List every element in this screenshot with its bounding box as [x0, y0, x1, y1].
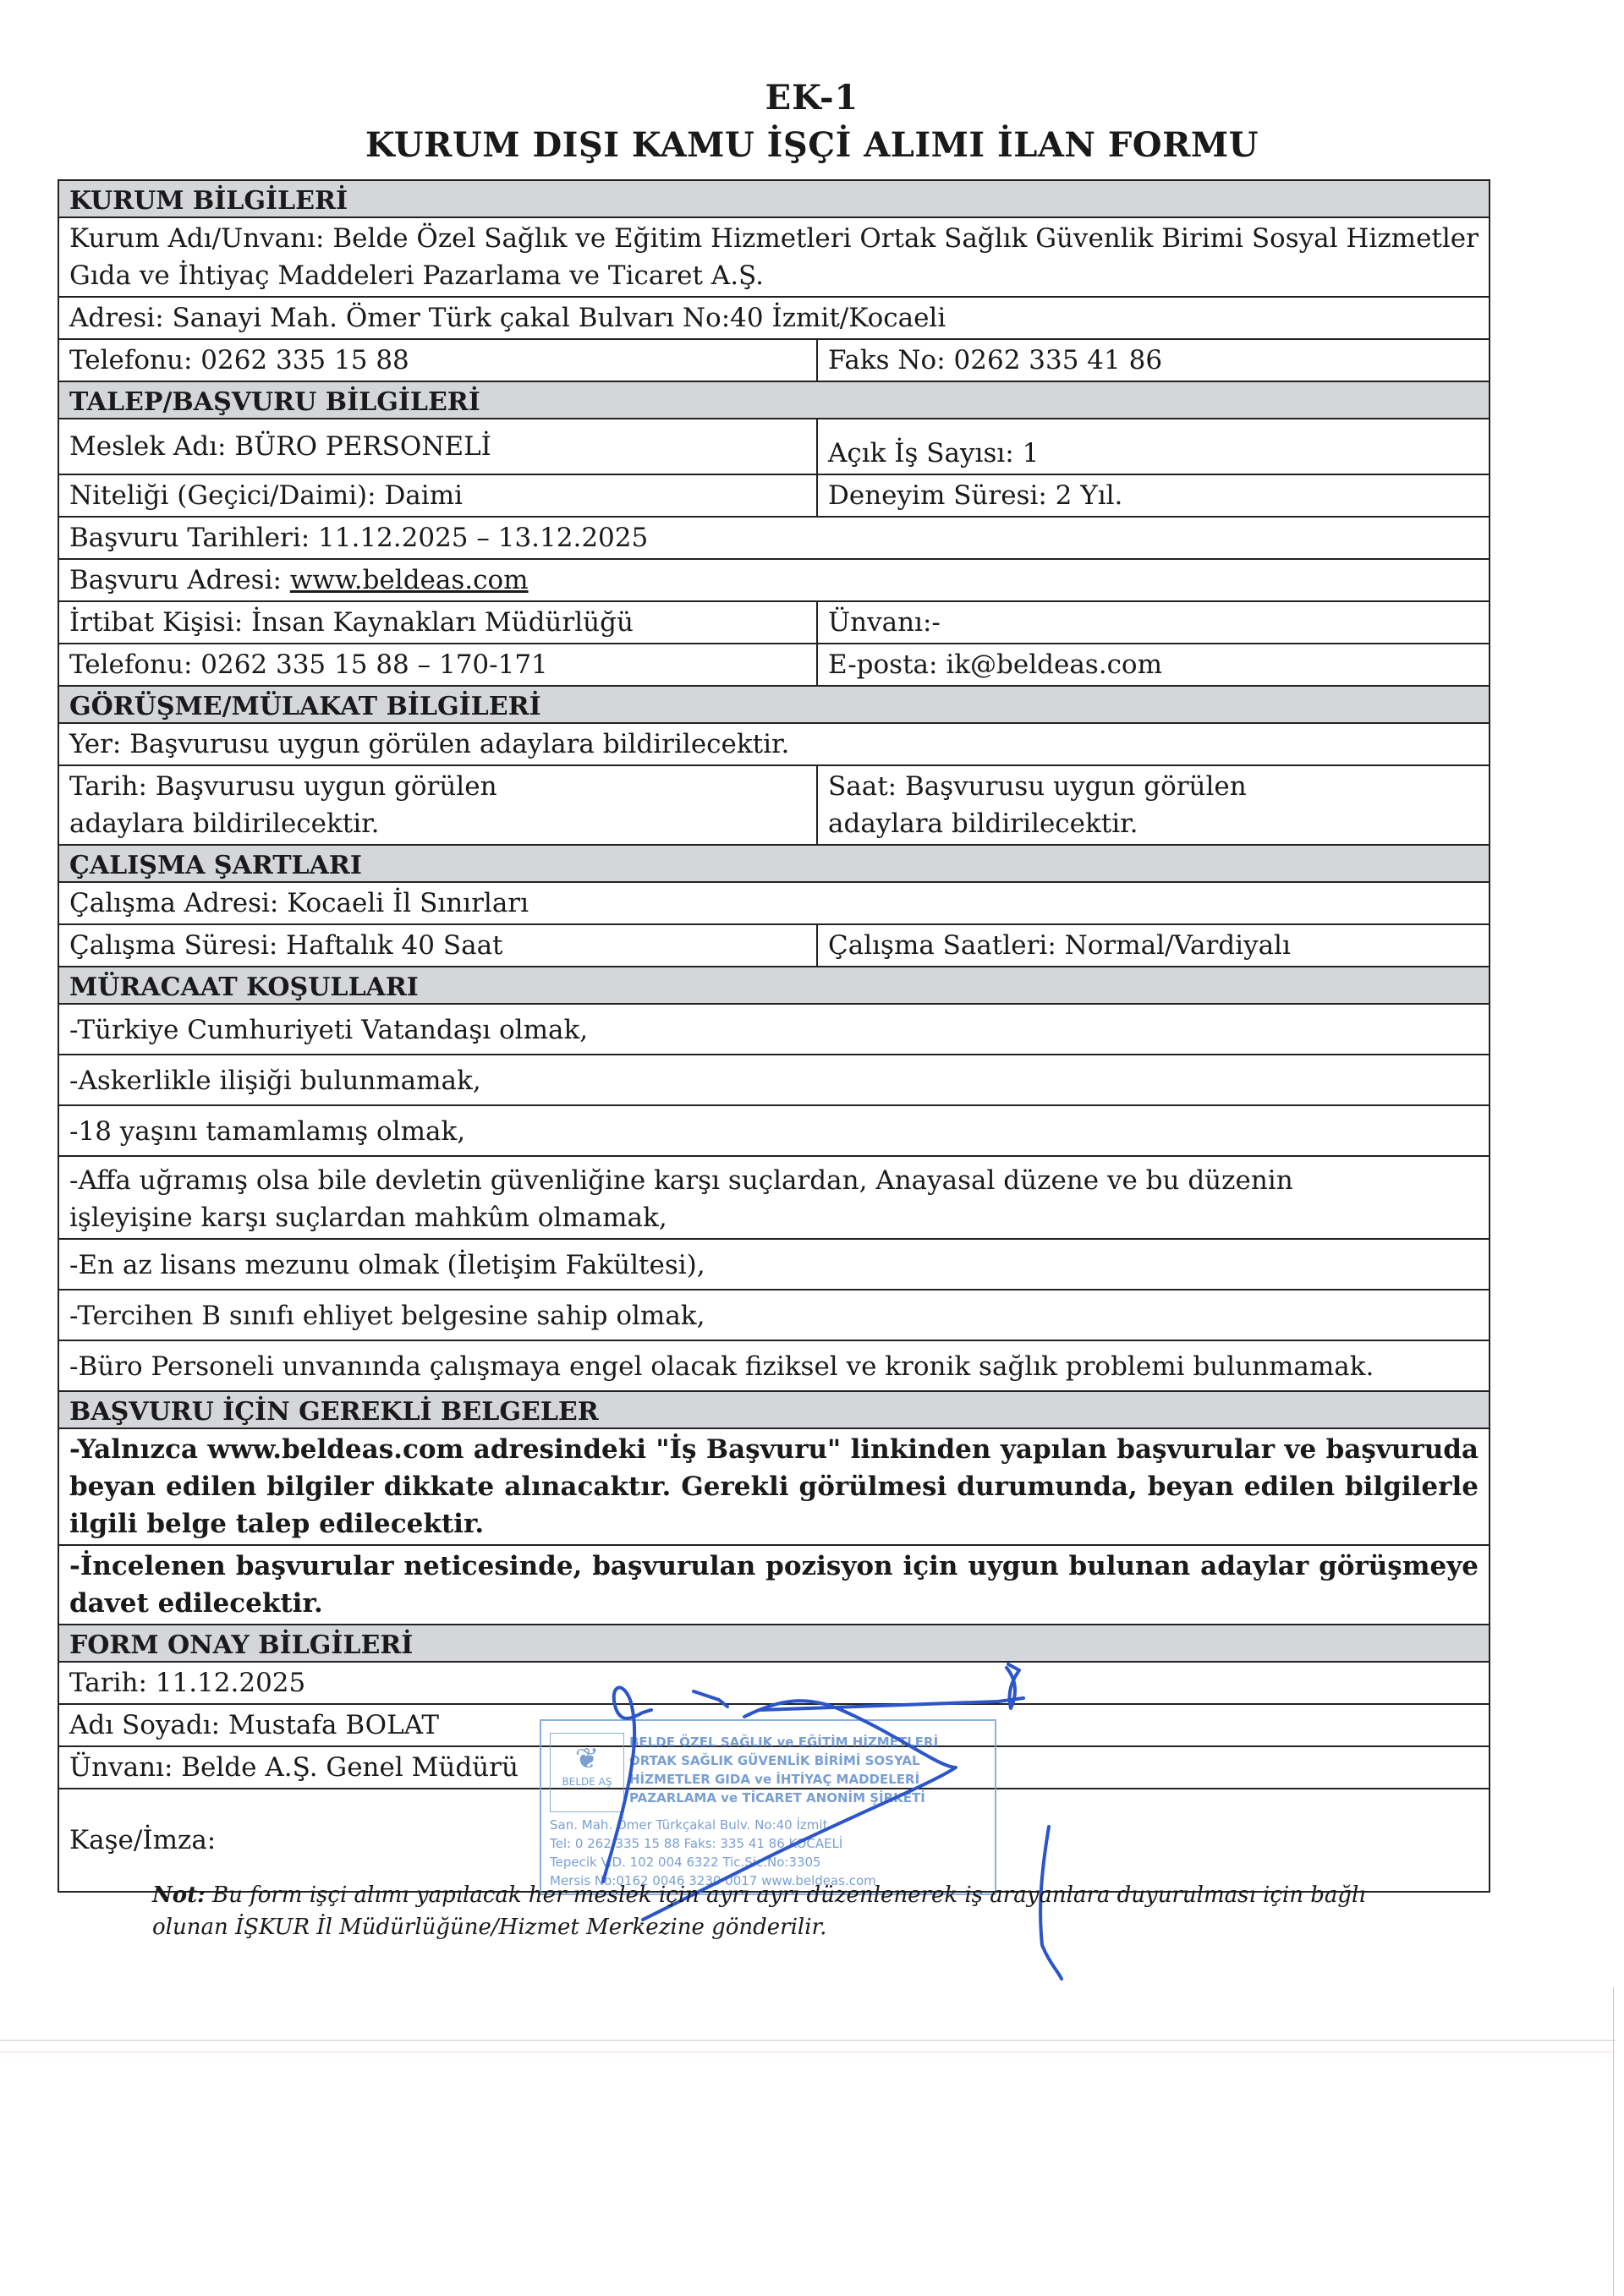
job-posting-form: KURUM BİLGİLERİ Kurum Adı/Unvanı: Belde … [58, 179, 1490, 1893]
scanned-form-page: EK-1 KURUM DIŞI KAMU İŞÇİ ALIMI İLAN FOR… [0, 0, 1624, 2296]
contact-person-row: İrtibat Kişisi: İnsan Kaynakları Müdürlü… [59, 602, 1489, 644]
scan-artifact-line [0, 2052, 1616, 2052]
work-address: Çalışma Adresi: Kocaeli İl Sınırları [59, 883, 1489, 923]
institution-address-row: Adresi: Sanayi Mah. Ömer Türk çakal Bulv… [59, 298, 1489, 340]
document-item: -Yalnızca www.beldeas.com adresindeki "İ… [59, 1429, 1489, 1546]
interview-place: Yer: Başvurusu uygun görülen adaylara bi… [59, 724, 1489, 764]
application-dates-row: Başvuru Tarihleri: 11.12.2025 – 13.12.20… [59, 518, 1489, 560]
institution-phone: Telefonu: 0262 335 15 88 [59, 340, 818, 381]
page-title: KURUM DIŞI KAMU İŞÇİ ALIMI İLAN FORMU [0, 125, 1624, 165]
approval-date-row: Tarih: 11.12.2025 [59, 1663, 1489, 1705]
section-header-work-conditions: ÇALIŞMA ŞARTLARI [59, 846, 1489, 883]
section-header-application: TALEP/BAŞVURU BİLGİLERİ [59, 382, 1489, 419]
stamp-line: PAZARLAMA ve TİCARET ANONİM ŞİRKETİ [629, 1789, 986, 1807]
stamp-line: HİZMETLER GIDA ve İHTİYAÇ MADDELERİ [629, 1770, 986, 1789]
experience-duration: Deneyim Süresi: 2 Yıl. [818, 475, 1489, 516]
requirement-item: -En az lisans mezunu olmak (İletişim Fak… [59, 1240, 1489, 1290]
stamp-line: ORTAK SAĞLIK GÜVENLİK BİRİMİ SOSYAL [629, 1751, 986, 1770]
work-hours-row: Çalışma Süresi: Haftalık 40 Saat Çalışma… [59, 925, 1489, 967]
scan-artifact-line [1613, 1987, 1614, 2296]
contact-title: Ünvanı:- [818, 602, 1489, 643]
requirement-text: -Büro Personeli unvanında çalışmaya enge… [59, 1341, 1489, 1390]
institution-name: Kurum Adı/Unvanı: Belde Özel Sağlık ve E… [59, 218, 1489, 296]
contact-email: E-posta: ik@beldeas.com [818, 644, 1489, 685]
nature-row: Niteliği (Geçici/Daimi): Daimi Deneyim S… [59, 475, 1489, 518]
stamp-line: Tel: 0 262 335 15 88 Faks: 335 41 86 KOC… [550, 1834, 986, 1853]
company-stamp: ❦ BELDE AŞ BELDE ÖZEL SAĞLIK ve EĞİTİM H… [540, 1719, 996, 1895]
work-hours: Çalışma Saatleri: Normal/Vardiyalı [818, 925, 1489, 966]
contact-phone: Telefonu: 0262 335 15 88 – 170-171 [59, 644, 818, 685]
section-header-interview: GÖRÜŞME/MÜLAKAT BİLGİLERİ [59, 687, 1489, 724]
application-address-row: Başvuru Adresi: www.beldeas.com [59, 560, 1489, 602]
footer-note: Not: Bu form işçi alımı yapılacak her me… [152, 1879, 1404, 1943]
work-duration: Çalışma Süresi: Haftalık 40 Saat [59, 925, 818, 966]
stamp-company-name: BELDE ÖZEL SAĞLIK ve EĞİTİM HİZMETLERİ O… [629, 1733, 986, 1807]
institution-fax: Faks No: 0262 335 41 86 [818, 340, 1489, 381]
requirement-text: -18 yaşını tamamlamış olmak, [59, 1106, 1489, 1155]
stamp-line: BELDE ÖZEL SAĞLIK ve EĞİTİM HİZMETLERİ [629, 1733, 986, 1751]
section-header-institution: KURUM BİLGİLERİ [59, 181, 1489, 218]
application-dates: Başvuru Tarihleri: 11.12.2025 – 13.12.20… [59, 518, 1489, 558]
institution-name-row: Kurum Adı/Unvanı: Belde Özel Sağlık ve E… [59, 218, 1489, 298]
stamp-line: San. Mah. Ömer Türkçakal Bulv. No:40 İzm… [550, 1816, 986, 1834]
stamp-line: Tepecik V.D. 102 004 6322 Tic.Sic.No:330… [550, 1853, 986, 1871]
open-positions: Açık İş Sayısı: 1 [818, 419, 1489, 474]
occupation-name: Meslek Adı: BÜRO PERSONELİ [59, 419, 818, 474]
requirement-item: -Tercihen B sınıfı ehliyet belgesine sah… [59, 1290, 1489, 1341]
requirement-text: -Askerlikle ilişiği bulunmamak, [59, 1055, 1489, 1104]
document-item: -İncelenen başvurular neticesinde, başvu… [59, 1546, 1489, 1625]
requirement-item: -Büro Personeli unvanında çalışmaya enge… [59, 1341, 1489, 1392]
requirement-item: -18 yaşını tamamlamış olmak, [59, 1106, 1489, 1157]
interview-time-row: Tarih: Başvurusu uygun görülen adaylara … [59, 766, 1489, 846]
institution-address: Adresi: Sanayi Mah. Ömer Türk çakal Bulv… [59, 298, 1489, 338]
requirement-item: -Affa uğramış olsa bile devletin güvenli… [59, 1157, 1489, 1240]
interview-date: Tarih: Başvurusu uygun görülen adaylara … [59, 766, 818, 844]
requirement-text: -Türkiye Cumhuriyeti Vatandaşı olmak, [59, 1005, 1489, 1054]
application-address: Başvuru Adresi: www.beldeas.com [59, 560, 1489, 600]
company-logo-icon: ❦ BELDE AŞ [550, 1733, 624, 1812]
document-text: -İncelenen başvurular neticesinde, başvu… [59, 1546, 1489, 1624]
requirement-item: -Türkiye Cumhuriyeti Vatandaşı olmak, [59, 1005, 1489, 1055]
contact-details-row: Telefonu: 0262 335 15 88 – 170-171 E-pos… [59, 644, 1489, 687]
requirement-text: -Tercihen B sınıfı ehliyet belgesine sah… [59, 1290, 1489, 1340]
interview-time: Saat: Başvurusu uygun görülen adaylara b… [818, 766, 1489, 844]
section-header-approval: FORM ONAY BİLGİLERİ [59, 1625, 1489, 1663]
annex-label: EK-1 [0, 78, 1624, 118]
logo-glyph-icon: ❦ [551, 1742, 623, 1776]
scan-artifact-line [0, 2040, 1616, 2041]
position-nature: Niteliği (Geçici/Daimi): Daimi [59, 475, 818, 516]
work-address-row: Çalışma Adresi: Kocaeli İl Sınırları [59, 883, 1489, 925]
requirement-text: -Affa uğramış olsa bile devletin güvenli… [59, 1157, 1489, 1238]
section-header-requirements: MÜRACAAT KOŞULLARI [59, 967, 1489, 1005]
requirement-item: -Askerlikle ilişiği bulunmamak, [59, 1055, 1489, 1106]
application-address-label: Başvuru Adresi: [69, 565, 290, 595]
contact-person: İrtibat Kişisi: İnsan Kaynakları Müdürlü… [59, 602, 818, 643]
occupation-row: Meslek Adı: BÜRO PERSONELİ Açık İş Sayıs… [59, 419, 1489, 475]
document-text: -Yalnızca www.beldeas.com adresindeki "İ… [59, 1429, 1489, 1544]
interview-place-row: Yer: Başvurusu uygun görülen adaylara bi… [59, 724, 1489, 766]
note-text: Bu form işçi alımı yapılacak her meslek … [152, 1882, 1366, 1940]
logo-caption: BELDE AŞ [562, 1776, 612, 1788]
approval-date: Tarih: 11.12.2025 [59, 1663, 1489, 1703]
application-website-link[interactable]: www.beldeas.com [290, 565, 529, 595]
institution-contact-row: Telefonu: 0262 335 15 88 Faks No: 0262 3… [59, 340, 1489, 382]
section-header-documents: BAŞVURU İÇİN GEREKLİ BELGELER [59, 1392, 1489, 1429]
requirement-text: -En az lisans mezunu olmak (İletişim Fak… [59, 1240, 1489, 1289]
note-label: Not: [152, 1882, 206, 1908]
